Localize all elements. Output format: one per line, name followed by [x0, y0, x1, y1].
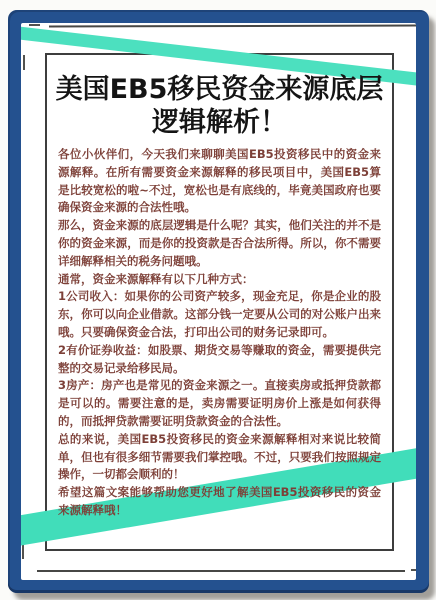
poster-card: 美国EB5移民资金来源底层 逻辑解析！ 各位小伙伴们，今天我们来聊聊美国EB5投… [21, 23, 416, 580]
page-edge-bottom [37, 570, 405, 572]
page-edge-dash [22, 543, 24, 559]
page-edge-top [49, 25, 416, 28]
poster-title-line1: 美国EB5移民资金来源底层 [51, 73, 388, 106]
page-edge-dash [23, 55, 25, 70]
paragraph-method-property: 3房产：房产也是常见的资金来源之一。直接卖房或抵押贷款都是可以的。需要注意的是，… [58, 377, 381, 430]
poster-canvas: 美国EB5移民资金来源底层 逻辑解析！ 各位小伙伴们，今天我们来聊聊美国EB5投… [0, 0, 436, 600]
paragraph-closing: 希望这篇文案能够帮助您更好地了解美国EB5投资移民的资金来源解释哦！ [58, 484, 381, 520]
paragraph-logic: 那么，资金来源的底层逻辑是什么呢？其实，他们关注的并不是你的资金来源，而是你的投… [58, 217, 381, 270]
poster-body: 各位小伙伴们，今天我们来聊聊美国EB5投资移民中的资金来源解释。在所有需要资金来… [58, 146, 381, 520]
paragraph-method-securities: 2有价证券收益：如股票、期货交易等赚取的资金，需要提供完整的交易记录给移民局。 [58, 342, 381, 378]
paragraph-intro: 各位小伙伴们，今天我们来聊聊美国EB5投资移民中的资金来源解释。在所有需要资金来… [58, 146, 381, 217]
poster-title-line2: 逻辑解析！ [51, 106, 388, 140]
paragraph-method-company-income: 1公司收入：如果你的公司资产较多，现金充足，你是企业的股东，你可以向企业借款。这… [58, 288, 381, 341]
paragraph-methods-lead: 通常，资金来源解释有以下几种方式： [58, 271, 381, 289]
poster-title: 美国EB5移民资金来源底层 逻辑解析！ [51, 73, 388, 140]
page-edge-dash [29, 24, 40, 26]
poster-frame: 美国EB5移民资金来源底层 逻辑解析！ 各位小伙伴们，今天我们来聊聊美国EB5投… [8, 10, 429, 593]
page-edge-dash [411, 569, 416, 571]
content-box: 美国EB5移民资金来源底层 逻辑解析！ 各位小伙伴们，今天我们来聊聊美国EB5投… [45, 53, 394, 551]
paragraph-summary: 总的来说，美国EB5投资移民的资金来源解释相对来说比较简单，但也有很多细节需要我… [58, 431, 381, 484]
